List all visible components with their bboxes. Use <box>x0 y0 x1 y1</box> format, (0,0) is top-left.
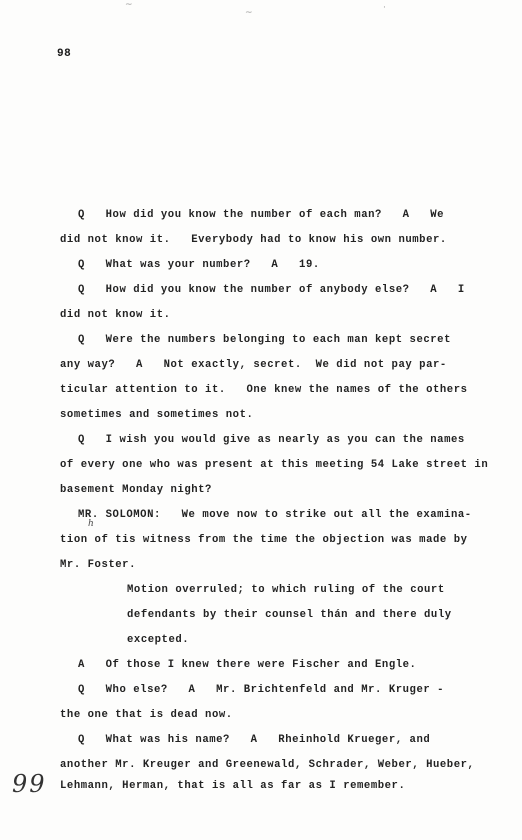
scan-smudge: · <box>383 3 386 13</box>
transcript-line: Q What was his name? A Rheinhold Krueger… <box>78 734 430 746</box>
handwritten-correction: h <box>88 519 94 529</box>
scan-smudge: ~ <box>125 0 133 10</box>
transcript-line: another Mr. Kreuger and Greenewald, Schr… <box>60 759 474 771</box>
transcript-line: defendants by their counsel thán and the… <box>127 609 452 621</box>
transcript-line: Mr. Foster. <box>60 559 136 571</box>
transcript-line: any way? A Not exactly, secret. We did n… <box>60 359 447 371</box>
transcript-line: basement Monday night? <box>60 484 212 496</box>
document-page: ~ ~ · 98 Q How did you know the number o… <box>0 0 522 840</box>
transcript-line: Q What was your number? A 19. <box>78 259 320 271</box>
page-number: 98 <box>57 48 71 60</box>
transcript-line: excepted. <box>127 634 189 646</box>
transcript-line: of every one who was present at this mee… <box>60 459 488 471</box>
transcript-line: Q How did you know the number of anybody… <box>78 284 465 296</box>
transcript-line: Q Who else? A Mr. Brichtenfeld and Mr. K… <box>78 684 444 696</box>
transcript-line: sometimes and sometimes not. <box>60 409 253 421</box>
transcript-line: the one that is dead now. <box>60 709 233 721</box>
transcript-line: ticular attention to it. One knew the na… <box>60 384 468 396</box>
transcript-line: Q How did you know the number of each ma… <box>78 209 444 221</box>
transcript-line: Motion overruled; to which ruling of the… <box>127 584 445 596</box>
handwritten-page-mark: 99 <box>12 770 47 798</box>
transcript-line: did not know it. <box>60 309 171 321</box>
transcript-line: did not know it. Everybody had to know h… <box>60 234 447 246</box>
transcript-line: Lehmann, Herman, that is all as far as I… <box>60 780 405 792</box>
transcript-line: tion of tis witness from the time the ob… <box>60 534 468 546</box>
transcript-line: Q I wish you would give as nearly as you… <box>78 434 465 446</box>
transcript-line: Q Were the numbers belonging to each man… <box>78 334 451 346</box>
scan-smudge: ~ <box>245 8 253 18</box>
transcript-line: MR. SOLOMON: We move now to strike out a… <box>78 509 472 521</box>
transcript-line: A Of those I knew there were Fischer and… <box>78 659 416 671</box>
